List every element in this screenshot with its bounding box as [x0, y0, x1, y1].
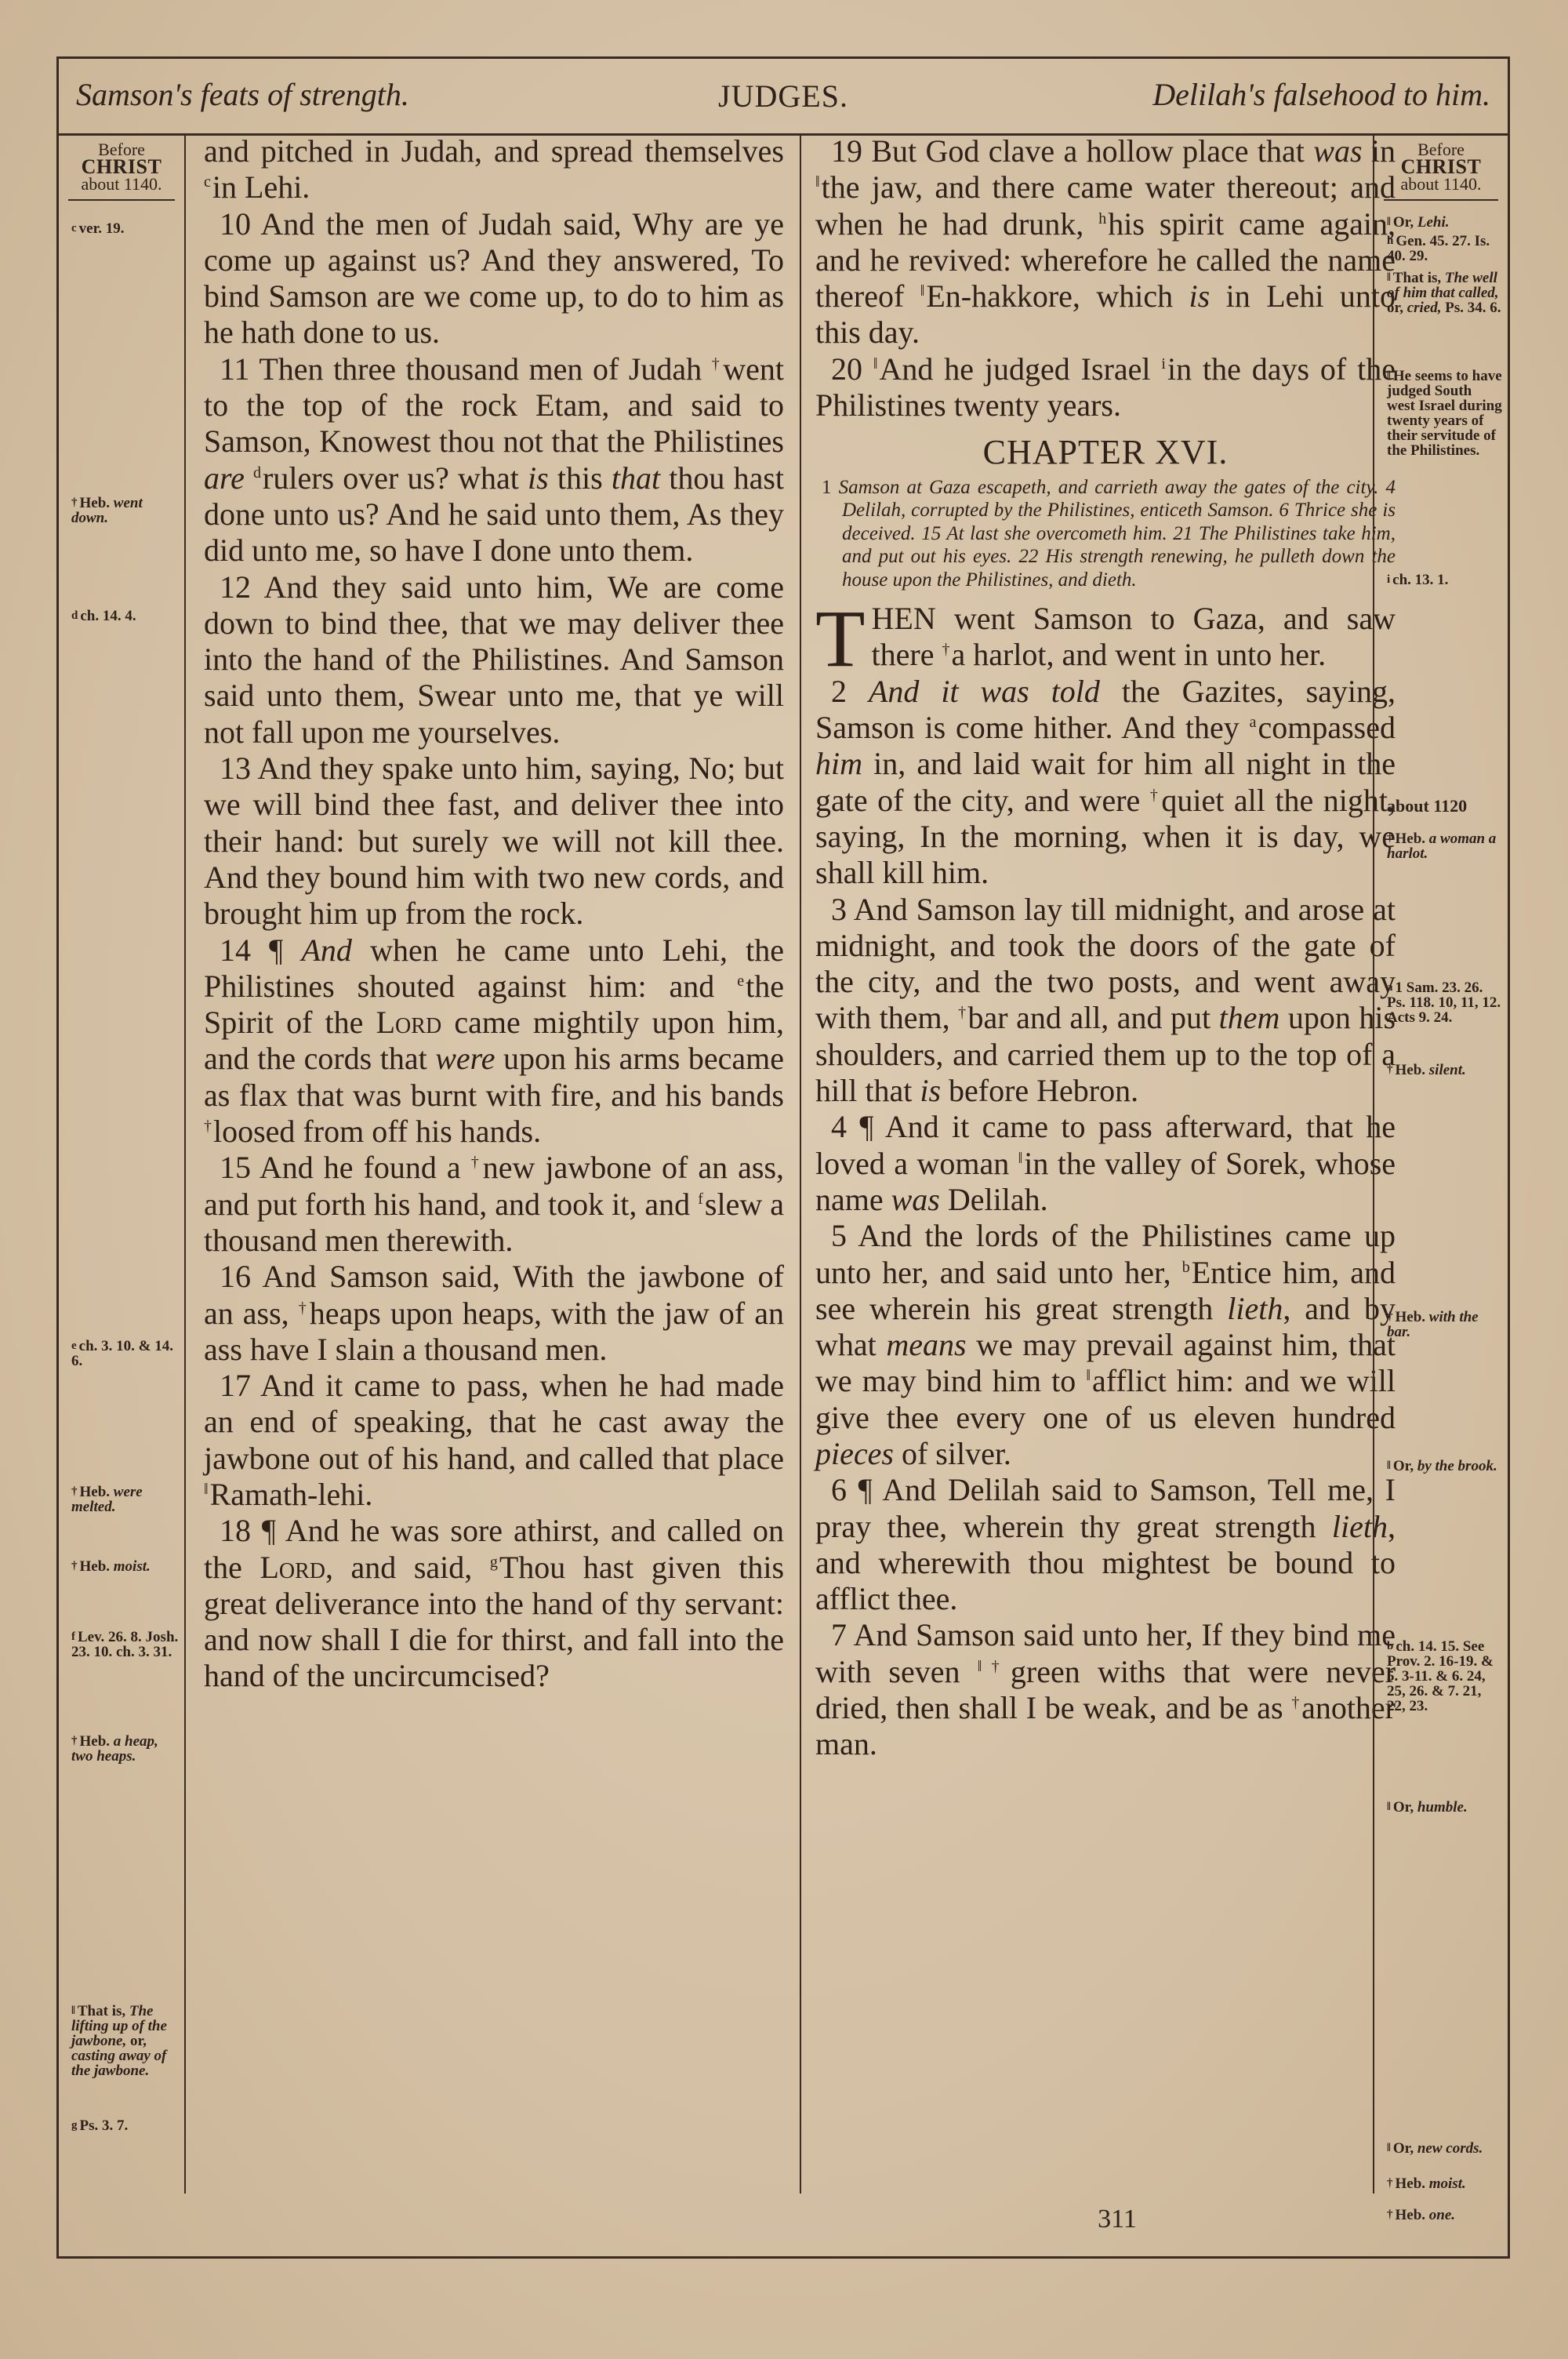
margin-note: cver. 19. — [71, 221, 180, 236]
verse-12: 12 And they said unto him, We are come d… — [204, 569, 784, 751]
chapter-heading: CHAPTER XVI. — [815, 434, 1396, 471]
margin-note: ich. 13. 1. — [1387, 572, 1503, 587]
page-frame: Samson's feats of strength. JUDGES. Deli… — [56, 56, 1510, 2259]
text-column-left: and pitched in Judah, and spread themsel… — [204, 133, 784, 1695]
era-date-1120: about 1120 — [1387, 798, 1503, 813]
verse-9-continued: and pitched in Judah, and spread themsel… — [204, 133, 784, 206]
margin-note: †Heb. with the bar. — [1387, 1310, 1503, 1339]
margin-note: ‖Or, by the brook. — [1387, 1459, 1503, 1474]
verse-15: 15 And he found a †new jawbone of an ass… — [204, 1150, 784, 1259]
verse-19: 19 But God clave a hollow place that was… — [815, 133, 1396, 351]
margin-note: ‖Or, Lehi. — [1387, 215, 1503, 230]
chapter-summary: 1 Samson at Gaza escapeth, and carrieth … — [815, 476, 1396, 592]
page-number: 311 — [1070, 2205, 1164, 2234]
margin-note: fLev. 26. 8. Josh. 23. 10. ch. 3. 31. — [71, 1630, 180, 1659]
verse-10: 10 And the men of Judah said, Why are ye… — [204, 206, 784, 351]
margin-note: †Heb. a heap, two heaps. — [71, 1734, 180, 1764]
drop-cap: T — [815, 605, 866, 673]
running-head: Samson's feats of strength. JUDGES. Deli… — [59, 59, 1508, 136]
margin-note: ech. 3. 10. & 14. 6. — [71, 1339, 180, 1369]
margin-note: †Heb. were melted. — [71, 1485, 180, 1514]
margin-note: ‖He seems to have judged South west Isra… — [1387, 369, 1503, 458]
verse-13: 13 And they spake unto him, saying, No; … — [204, 751, 784, 932]
verse-18: 18 ¶ And he was sore athirst, and called… — [204, 1513, 784, 1694]
margin-note: ‖Or, humble. — [1387, 1800, 1503, 1815]
era-date: Before CHRIST about 1140. — [68, 133, 175, 201]
margin-note: ‖That is, The well of him that called, o… — [1387, 271, 1503, 315]
verse-20: 20 ‖And he judged Israel iin the days of… — [815, 351, 1396, 424]
margin-note: hGen. 45. 27. Is. 40. 29. — [1387, 234, 1503, 264]
margin-note: †Heb. a woman a harlot. — [1387, 831, 1503, 861]
verse-17: 17 And it came to pass, when he had made… — [204, 1368, 784, 1513]
verse-4: 4 ¶ And it came to pass afterward, that … — [815, 1109, 1396, 1218]
text-column-right: 19 But God clave a hollow place that was… — [815, 133, 1396, 1763]
margin-note: a1 Sam. 23. 26. Ps. 118. 10, 11, 12. Act… — [1387, 980, 1503, 1025]
margin-note: ‖That is, The lifting up of the jawbone,… — [71, 2004, 180, 2078]
running-head-right: Delilah's falsehood to him. — [1152, 76, 1490, 113]
verse-11: 11 Then three thousand men of Judah †wen… — [204, 351, 784, 569]
margin-note: bch. 14. 15. See Prov. 2. 16-19. & 5. 3-… — [1387, 1639, 1503, 1714]
verse-2: 2 And it was told the Gazites, saying, S… — [815, 674, 1396, 892]
left-margin-notes: Before CHRIST about 1140. cver. 19. †Heb… — [59, 133, 186, 2194]
verse-5: 5 And the lords of the Philistines came … — [815, 1218, 1396, 1472]
margin-note: †Heb. went down. — [71, 496, 180, 525]
margin-note: dch. 14. 4. — [71, 609, 180, 623]
right-margin-notes: Before CHRIST about 1140. ‖Or, Lehi. hGe… — [1373, 133, 1508, 2194]
margin-note: †Heb. moist. — [71, 1559, 180, 1574]
verse-3: 3 And Samson lay till midnight, and aros… — [815, 892, 1396, 1110]
margin-note: †Heb. moist. — [1387, 2176, 1503, 2191]
margin-note: †Heb. silent. — [1387, 1063, 1503, 1078]
era-date: Before CHRIST about 1140. — [1384, 133, 1498, 201]
margin-note: gPs. 3. 7. — [71, 2118, 180, 2133]
verse-1: THEN went Samson to Gaza, and saw there … — [815, 601, 1396, 674]
margin-note: ‖Or, new cords. — [1387, 2141, 1503, 2156]
column-divider — [800, 133, 801, 2194]
verse-6: 6 ¶ And Delilah said to Samson, Tell me,… — [815, 1472, 1396, 1617]
verse-16: 16 And Samson said, With the jawbone of … — [204, 1259, 784, 1368]
verse-7: 7 And Samson said unto her, If they bind… — [815, 1617, 1396, 1762]
verse-14: 14 ¶ And when he came unto Lehi, the Phi… — [204, 932, 784, 1150]
margin-note: †Heb. one. — [1387, 2208, 1503, 2223]
